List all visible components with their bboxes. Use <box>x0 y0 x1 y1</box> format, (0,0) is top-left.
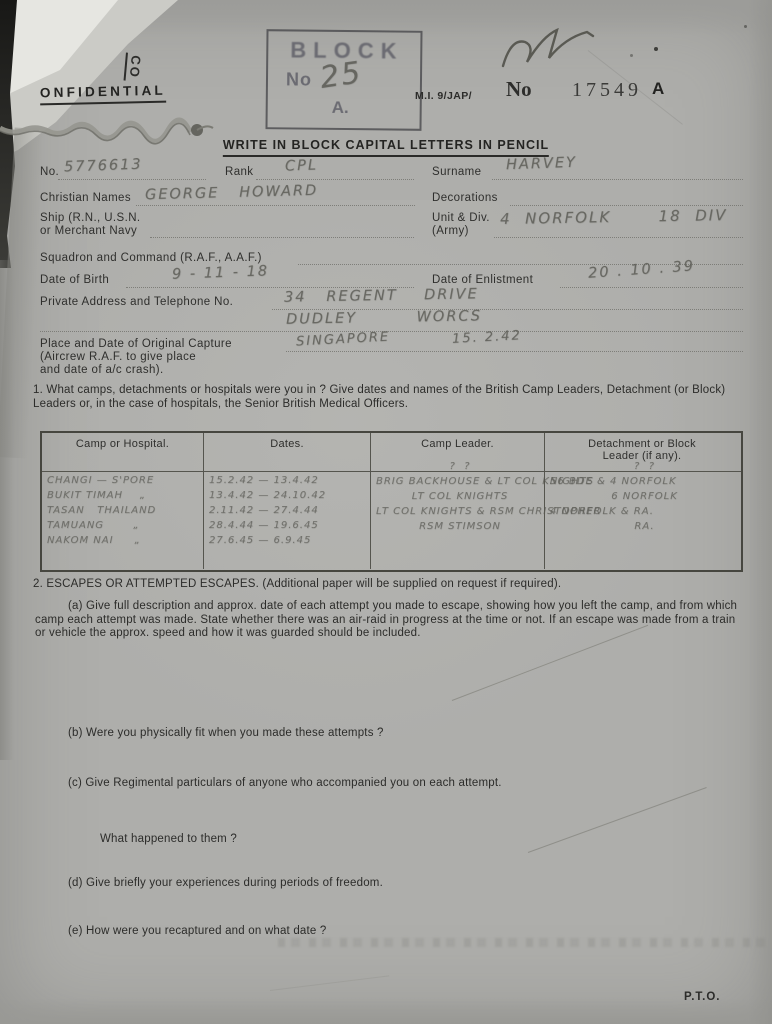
mi9-series-letter: A <box>652 79 664 99</box>
squadron-label: Squadron and Command (R.A.F., A.A.F.) <box>40 252 262 264</box>
block-leader-cell: 4 NORFOLK & RA. <box>545 504 739 519</box>
private-address-label: Private Address and Telephone No. <box>40 296 233 308</box>
scratch-line <box>528 787 707 853</box>
block-number-stamp: BLOCK No 25 A. <box>265 29 422 131</box>
address-value-line2: DUDLEY WORCS <box>286 308 482 327</box>
bottom-shadow <box>0 998 772 1024</box>
camps-table: Camp or Hospital. Dates. Camp Leader. De… <box>40 431 743 572</box>
stamp-no-label: No <box>286 69 312 90</box>
capture-label-line3: and date of a/c crash). <box>40 364 164 376</box>
camp-column: CHANGI — S'PORE BUKIT TIMAH „ TASAN THAI… <box>42 472 203 569</box>
col-header-dates: Dates. <box>203 433 370 471</box>
scanned-pow-questionnaire: CO ONFIDENTIAL BLOCK No 25 A. M.I. 9/JAP… <box>0 0 772 1024</box>
mi9-ref-number: 17549 <box>572 79 642 102</box>
christian-names-label: Christian Names <box>40 192 131 204</box>
stamp-number-handwritten: 25 <box>318 55 365 96</box>
leader-cell: RSM STIMSON <box>371 519 544 534</box>
fill-line <box>40 330 743 332</box>
block-leader-cell: ? ? <box>545 459 739 474</box>
folded-confidential-fragment: CO <box>124 53 144 82</box>
dates-cell: 2.11.42 — 27.4.44 <box>204 503 370 518</box>
camp-cell: BUKIT TIMAH „ <box>42 488 203 503</box>
form-instruction-title: WRITE IN BLOCK CAPITAL LETTERS IN PENCIL <box>223 138 549 157</box>
handwritten-initials-squiggle <box>495 18 625 78</box>
rank-value: CPL <box>285 157 318 174</box>
surname-value: HARVEY <box>506 155 577 173</box>
fill-line <box>286 350 743 352</box>
service-number-label: No. <box>40 166 59 178</box>
service-number-value: 5776613 <box>64 157 143 176</box>
camp-cell: CHANGI — S'PORE <box>42 473 203 488</box>
block-leader-cell: RA. <box>545 519 739 534</box>
question-1-text: 1. What camps, detachments or hospitals … <box>33 384 745 411</box>
enlistment-label: Date of Enlistment <box>432 274 533 286</box>
pto-footer: P.T.O. <box>684 991 720 1003</box>
dates-cell: 13.4.42 — 24.10.42 <box>204 488 370 503</box>
ink-dot <box>744 25 747 28</box>
camps-table-body: CHANGI — S'PORE BUKIT TIMAH „ TASAN THAI… <box>42 472 741 569</box>
question-2d-text: (d) Give briefly your experiences during… <box>68 877 708 891</box>
block-leader-cell: 56 BDE & 4 NORFOLK <box>545 474 739 489</box>
capture-label-line2: (Aircrew R.A.F. to give place <box>40 351 196 363</box>
fill-line <box>150 236 414 238</box>
ink-dot <box>654 47 658 51</box>
leader-cell: ? ? <box>371 459 544 474</box>
mi9-no-label: No <box>506 77 532 102</box>
scratch-line <box>270 975 389 991</box>
camp-cell: NAKOM NAI „ <box>42 533 203 548</box>
fill-line <box>560 286 743 288</box>
stamp-series-letter: A. <box>332 98 349 118</box>
bleed-through-text <box>278 938 770 947</box>
block-leader-cell: 6 NORFOLK <box>545 489 739 504</box>
treasury-tag-string <box>0 108 220 152</box>
capture-label-line1: Place and Date of Original Capture <box>40 338 232 350</box>
unit-div-label-line1: Unit & Div. <box>432 212 490 224</box>
block-leader-column: ? ? 56 BDE & 4 NORFOLK 6 NORFOLK 4 NORFO… <box>544 472 739 569</box>
question-2b-text: (b) Were you physically fit when you mad… <box>68 727 708 741</box>
fill-line <box>272 308 743 310</box>
dates-column: 15.2.42 — 13.4.42 13.4.42 — 24.10.42 2.1… <box>203 472 370 569</box>
camp-cell: TAMUANG „ <box>42 518 203 533</box>
dates-cell: 15.2.42 — 13.4.42 <box>204 473 370 488</box>
dates-cell: 27.6.45 — 6.9.45 <box>204 533 370 548</box>
col-header-camp: Camp or Hospital. <box>42 433 203 471</box>
dates-cell: 28.4.44 — 19.6.45 <box>204 518 370 533</box>
decorations-label: Decorations <box>432 192 498 204</box>
date-of-birth-value: 9 - 11 - 18 <box>172 263 270 282</box>
address-value-line1: 34 REGENT DRIVE <box>284 286 479 305</box>
mi9-ref-prefix: M.I. 9/JAP/ <box>415 90 472 102</box>
ship-label-line1: Ship (R.N., U.S.N. <box>40 212 141 224</box>
leader-column: ? ? BRIG BACKHOUSE & LT COL KNIGHTS LT C… <box>370 472 544 569</box>
leader-cell: BRIG BACKHOUSE & LT COL KNIGHTS <box>371 474 544 489</box>
right-shadow <box>748 0 772 1024</box>
fill-line <box>136 204 415 206</box>
fill-line <box>58 178 206 180</box>
leader-cell: LT COL KNIGHTS <box>371 489 544 504</box>
date-of-birth-label: Date of Birth <box>40 274 109 286</box>
fill-line <box>492 178 743 180</box>
question-2a-text: (a) Give full description and approx. da… <box>35 600 745 641</box>
fill-line <box>494 236 743 238</box>
question-2e-text: (e) How were you recaptured and on what … <box>68 925 708 939</box>
rank-label: Rank <box>225 166 253 178</box>
ink-dot <box>630 54 633 57</box>
leader-cell: LT COL KNIGHTS & RSM CHRISTOPHER <box>371 504 544 519</box>
question-2c-followup-text: What happened to them ? <box>100 833 500 847</box>
camp-cell: TASAN THAILAND <box>42 503 203 518</box>
unit-div-label-line2: (Army) <box>432 225 469 237</box>
confidential-marking: ONFIDENTIAL <box>40 83 166 106</box>
question-2c-text: (c) Give Regimental particulars of anyon… <box>68 777 728 791</box>
section-2-heading: 2. ESCAPES OR ATTEMPTED ESCAPES. (Additi… <box>33 578 745 592</box>
ship-label-line2: or Merchant Navy <box>40 225 137 237</box>
fill-line <box>256 178 414 180</box>
surname-label: Surname <box>432 166 481 178</box>
